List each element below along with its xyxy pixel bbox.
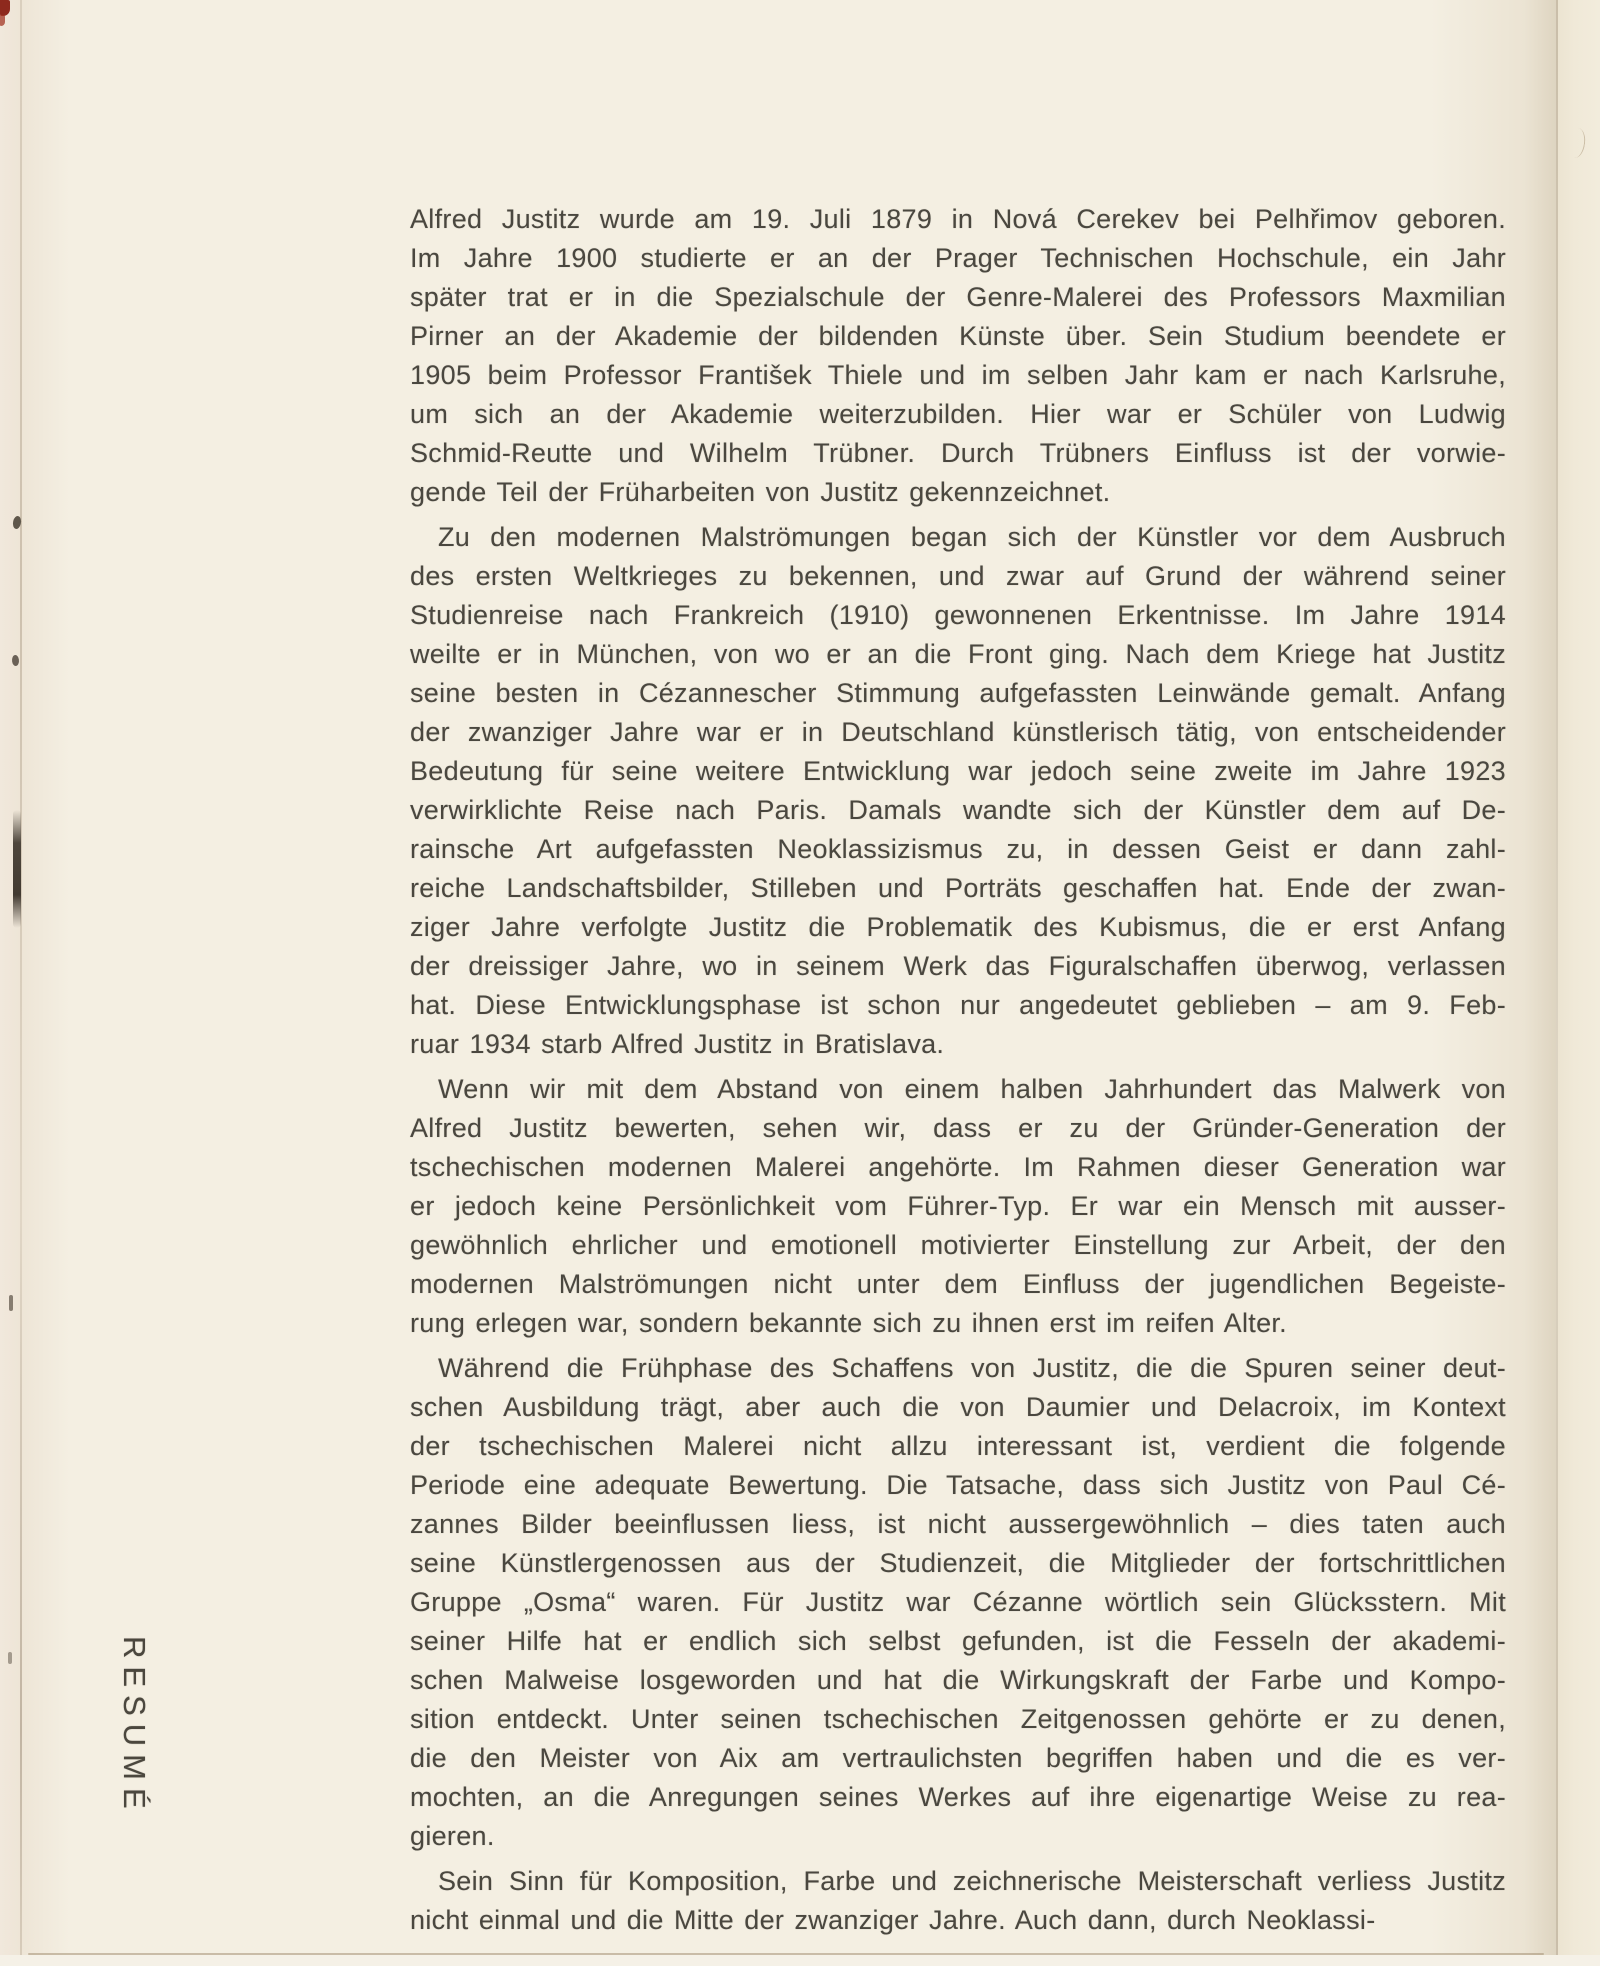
paragraph: Zu den modernen Malströmungen began sich… — [410, 518, 1506, 1064]
paragraph: Alfred Justitz wurde am 19. Juli 1879 in… — [410, 200, 1506, 512]
text-line: gieren. — [410, 1817, 1506, 1856]
text-line: Gruppe „Osma“ waren. Für Justitz war Céz… — [410, 1583, 1506, 1622]
text-line: um sich an der Akademie weiterzubilden. … — [410, 395, 1506, 434]
text-line: der tschechischen Malerei nicht allzu in… — [410, 1427, 1506, 1466]
text-line: reiche Landschaftsbilder, Stilleben und … — [410, 869, 1506, 908]
text-line: Wenn wir mit dem Abstand von einem halbe… — [410, 1070, 1506, 1109]
text-line: schen Malweise losgeworden und hat die W… — [410, 1661, 1506, 1700]
text-line: hat. Diese Entwicklungsphase ist schon n… — [410, 986, 1506, 1025]
paragraph: Sein Sinn für Komposition, Farbe und zei… — [410, 1862, 1506, 1940]
text-line: gende Teil der Früharbeiten von Justitz … — [410, 473, 1506, 512]
text-line: zannes Bilder beeinflussen liess, ist ni… — [410, 1505, 1506, 1544]
text-line: seine besten in Cézannescher Stimmung au… — [410, 674, 1506, 713]
bottom-page-edge — [0, 1955, 1600, 1966]
text-line: Im Jahre 1900 studierte er an der Prager… — [410, 239, 1506, 278]
gutter-shading — [0, 0, 70, 1966]
body-text: Alfred Justitz wurde am 19. Juli 1879 in… — [410, 200, 1506, 1940]
text-line: ruar 1934 starb Alfred Justitz in Bratis… — [410, 1025, 1506, 1064]
text-line: verwirklichte Reise nach Paris. Damals w… — [410, 791, 1506, 830]
text-line: tschechischen modernen Malerei angehörte… — [410, 1148, 1506, 1187]
text-line: Sein Sinn für Komposition, Farbe und zei… — [410, 1862, 1506, 1901]
text-line: gewöhnlich ehrlicher und emotionell moti… — [410, 1226, 1506, 1265]
text-line: seine Künstlergenossen aus der Studienze… — [410, 1544, 1506, 1583]
edge-mark — [9, 1295, 13, 1311]
text-line: weilte er in München, von wo er an die F… — [410, 635, 1506, 674]
text-line: der zwanziger Jahre war er in Deutschlan… — [410, 713, 1506, 752]
text-line: nicht einmal und die Mitte der zwanziger… — [410, 1901, 1506, 1940]
text-line: des ersten Weltkrieges zu bekennen, und … — [410, 557, 1506, 596]
text-line: rainsche Art aufgefassten Neoklassizismu… — [410, 830, 1506, 869]
resume-side-label: RESUMÉ — [116, 1636, 152, 1817]
text-line: Pirner an der Akademie der bildenden Kün… — [410, 317, 1506, 356]
text-line: schen Ausbildung trägt, aber auch die vo… — [410, 1388, 1506, 1427]
underlying-page-edge — [1558, 0, 1600, 1966]
text-line: mochten, an die Anregungen seines Werkes… — [410, 1778, 1506, 1817]
binding-ink-streak — [13, 810, 21, 928]
text-line: sition entdeckt. Unter seinen tschechisc… — [410, 1700, 1506, 1739]
text-line: Zu den modernen Malströmungen began sich… — [410, 518, 1506, 557]
text-line: seiner Hilfe hat er endlich sich selbst … — [410, 1622, 1506, 1661]
text-line: Studienreise nach Frankreich (1910) gewo… — [410, 596, 1506, 635]
text-line: modernen Malströmungen nicht unter dem E… — [410, 1265, 1506, 1304]
text-line: Während die Frühphase des Schaffens von … — [410, 1349, 1506, 1388]
book-page: RESUMÉ Alfred Justitz wurde am 19. Juli … — [0, 0, 1600, 1966]
text-line: Schmid-Reutte und Wilhelm Trübner. Durch… — [410, 434, 1506, 473]
paragraph: Während die Frühphase des Schaffens von … — [410, 1349, 1506, 1856]
text-line: Alfred Justitz wurde am 19. Juli 1879 in… — [410, 200, 1506, 239]
text-line: Periode eine adequate Bewertung. Die Tat… — [410, 1466, 1506, 1505]
paragraph: Wenn wir mit dem Abstand von einem halbe… — [410, 1070, 1506, 1343]
binding-seam-line — [20, 0, 22, 1966]
text-line: rung erlegen war, sondern bekannte sich … — [410, 1304, 1506, 1343]
text-line: später trat er in die Spezialschule der … — [410, 278, 1506, 317]
text-line: er jedoch keine Persönlichkeit vom Führe… — [410, 1187, 1506, 1226]
text-line: der dreissiger Jahre, wo in seinem Werk … — [410, 947, 1506, 986]
text-line: die den Meister von Aix am vertraulichst… — [410, 1739, 1506, 1778]
text-line: Bedeutung für seine weitere Entwicklung … — [410, 752, 1506, 791]
text-line: ziger Jahre verfolgte Justitz die Proble… — [410, 908, 1506, 947]
text-line: 1905 beim Professor František Thiele und… — [410, 356, 1506, 395]
edge-mark — [8, 1652, 12, 1664]
text-line: Alfred Justitz bewerten, sehen wir, dass… — [410, 1109, 1506, 1148]
